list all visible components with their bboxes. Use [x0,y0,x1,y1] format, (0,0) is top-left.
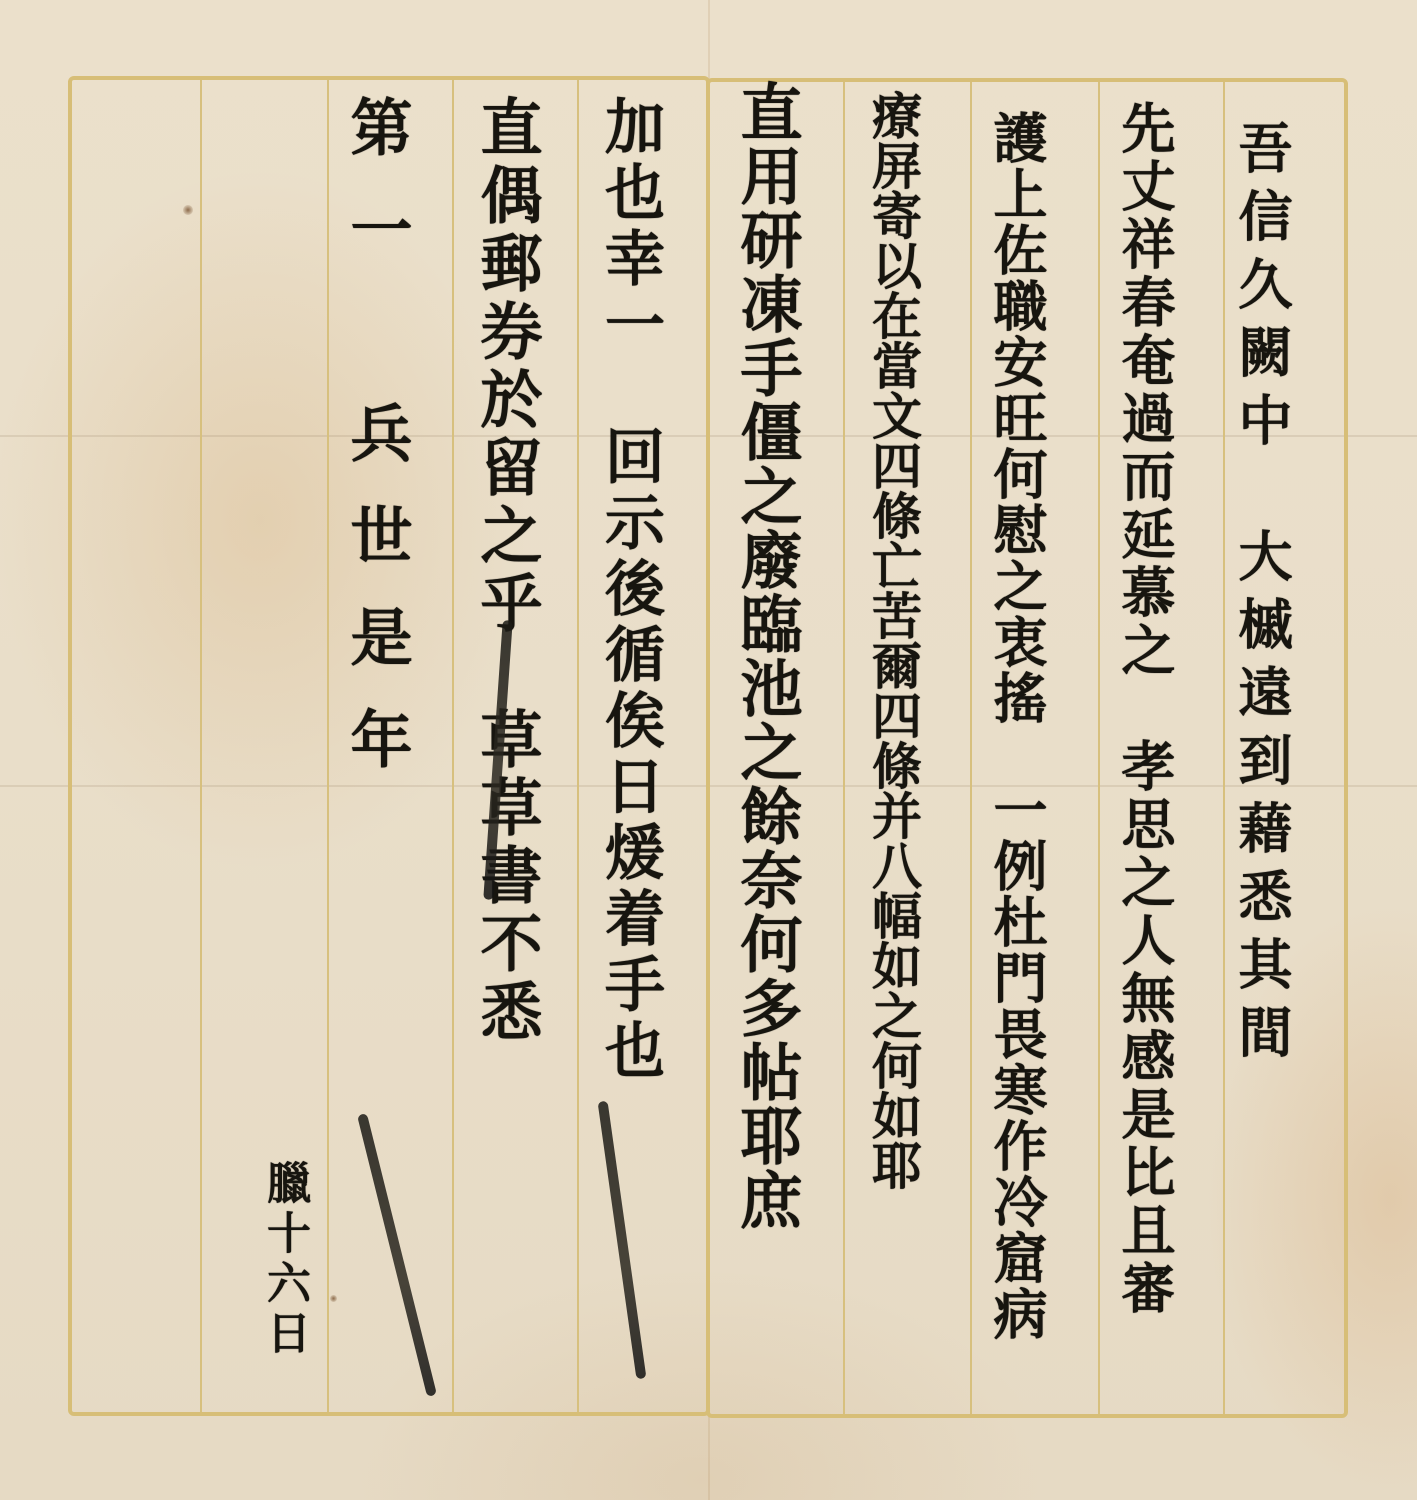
letter-column-2: 先丈祥春奄過而延慕之 孝思之人無感是比且審 [1118,100,1172,1400]
column-cell [72,80,200,1412]
letter-column-7: 直偶郵券於留之乎 草草書不悉 [475,95,537,1415]
letter-column-1: 吾信久闕中 大槭遠到藉悉其間 [1235,120,1289,1370]
letter-column-8: 第一 兵世是年 [345,95,407,1295]
letter-column-6: 加也幸一 回示後循俟日煖着手也 [600,95,660,1215]
letter-column-3: 護上佐職安旺何慰之衷搖 一例杜門畏寒作冷窟病 [990,110,1044,1410]
signature-date: 臘十六日 [262,1160,306,1400]
letter-column-5: 直用研凍手僵之廢臨池之餘奈何多帖耶庶 [735,80,797,1410]
letter-column-4: 療屏寄以在當文四條亡苦爾四條并八幅如之何如耶 [868,90,918,1410]
